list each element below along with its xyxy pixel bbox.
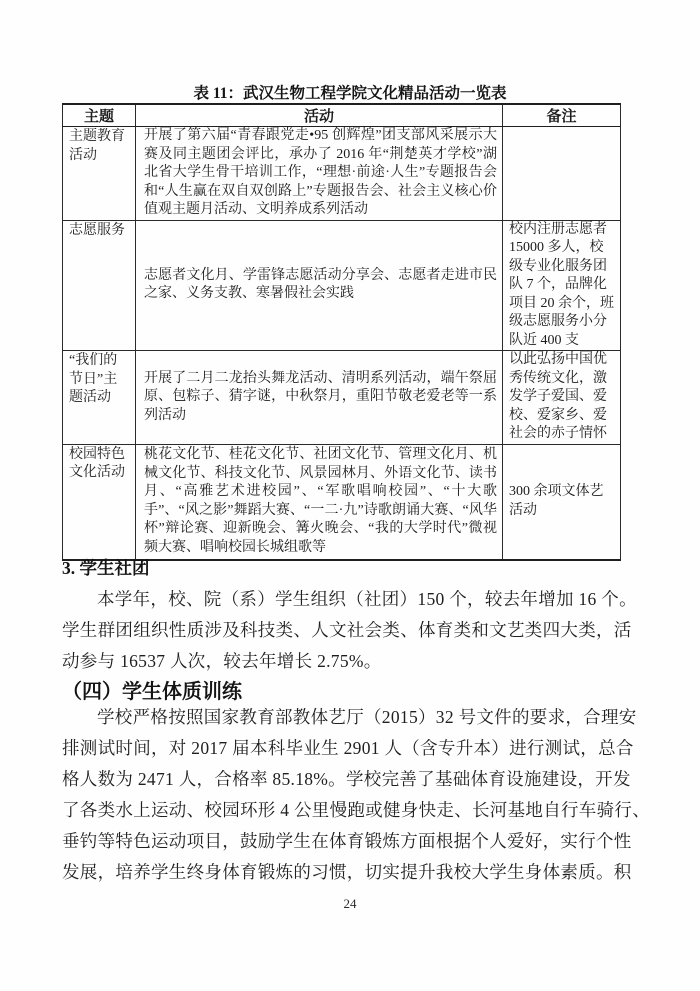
paragraph-student-clubs: 本学年，校、院（系）学生组织（社团）150 个，较去年增加 16 个。 学生群团… [62, 584, 638, 677]
remark-cell: 校内注册志愿者 15000 多人，校级专业化服务团队 7 个，品牌化项目 20 … [503, 220, 621, 351]
paragraph-line: 了各类水上运动、校园环形 4 公里慢跑或健身快走、长河基地自行车骑行、 [62, 795, 638, 826]
table-header-row: 主题 活动 备注 [63, 104, 621, 127]
document-page: 表 11：武汉生物工程学院文化精品活动一览表 主题 活动 备注 主题教育活动 开… [0, 0, 700, 991]
table-row: “我们的节日”主题活动 开展了二月二龙抬头舞龙活动、清明系列活动，端午祭屈原、包… [63, 351, 621, 445]
activity-cell: 开展了第六届“青春跟党走•95 创辉煌”团支部风采展示大赛及同主题团会评比，承办… [136, 127, 503, 221]
theme-cell: 志愿服务 [63, 220, 136, 351]
header-remark: 备注 [503, 104, 621, 127]
table-row: 校园特色文化活动 桃花文化节、桂花文化节、社团文化节、管理文化月、机械文化节、科… [63, 444, 621, 560]
table-row: 志愿服务 志愿者文化月、学雷锋志愿活动分享会、志愿者走进市民之家、义务支教、寒暑… [63, 220, 621, 351]
paragraph-line: 发展，培养学生终身体育锻炼的习惯，切实提升我校大学生身体素质。积 [62, 857, 638, 888]
section-heading-student-clubs: 3. 学生社团 [62, 555, 150, 581]
header-activity: 活动 [136, 104, 503, 127]
theme-cell: “我们的节日”主题活动 [63, 351, 136, 445]
activities-table: 主题 活动 备注 主题教育活动 开展了第六届“青春跟党走•95 创辉煌”团支部风… [62, 103, 621, 561]
header-theme: 主题 [63, 104, 136, 127]
activity-cell: 志愿者文化月、学雷锋志愿活动分享会、志愿者走进市民之家、义务支教、寒暑假社会实践 [136, 220, 503, 351]
paragraph-line: 学校严格按照国家教育部教体艺厅（2015）32 号文件的要求，合理安 [62, 702, 638, 733]
paragraph-line: 格人数为 2471 人，合格率 85.18%。学校完善了基础体育设施建设，开发 [62, 764, 638, 795]
table-title: 表 11：武汉生物工程学院文化精品活动一览表 [0, 83, 700, 105]
remark-cell [503, 127, 621, 221]
paragraph-line: 垂钓等特色运动项目，鼓励学生在体育锻炼方面根据个人爱好，实行个性 [62, 826, 638, 857]
paragraph-line: 学生群团组织性质涉及科技类、人文社会类、体育类和文艺类四大类，活 [62, 615, 638, 646]
activity-cell: 桃花文化节、桂花文化节、社团文化节、管理文化月、机械文化节、科技文化节、风景园林… [136, 444, 503, 560]
activity-cell: 开展了二月二龙抬头舞龙活动、清明系列活动，端午祭屈原、包粽子、猜字谜，中秋祭月，… [136, 351, 503, 445]
page-number: 24 [0, 896, 700, 912]
theme-cell: 校园特色文化活动 [63, 444, 136, 560]
paragraph-fitness-training: 学校严格按照国家教育部教体艺厅（2015）32 号文件的要求，合理安 排测试时间… [62, 702, 638, 888]
theme-cell: 主题教育活动 [63, 127, 136, 221]
paragraph-line: 本学年，校、院（系）学生组织（社团）150 个，较去年增加 16 个。 [62, 584, 638, 615]
remark-cell: 以此弘扬中国优秀传统文化，激发学子爱国、爱校、爱家乡、爱社会的赤子情怀 [503, 351, 621, 445]
paragraph-line: 排测试时间，对 2017 届本科毕业生 2901 人（含专升本）进行测试，总合 [62, 733, 638, 764]
remark-cell: 300 余项文体艺活动 [503, 444, 621, 560]
table-row: 主题教育活动 开展了第六届“青春跟党走•95 创辉煌”团支部风采展示大赛及同主题… [63, 127, 621, 221]
paragraph-line: 动参与 16537 人次，较去年增长 2.75%。 [62, 646, 638, 677]
